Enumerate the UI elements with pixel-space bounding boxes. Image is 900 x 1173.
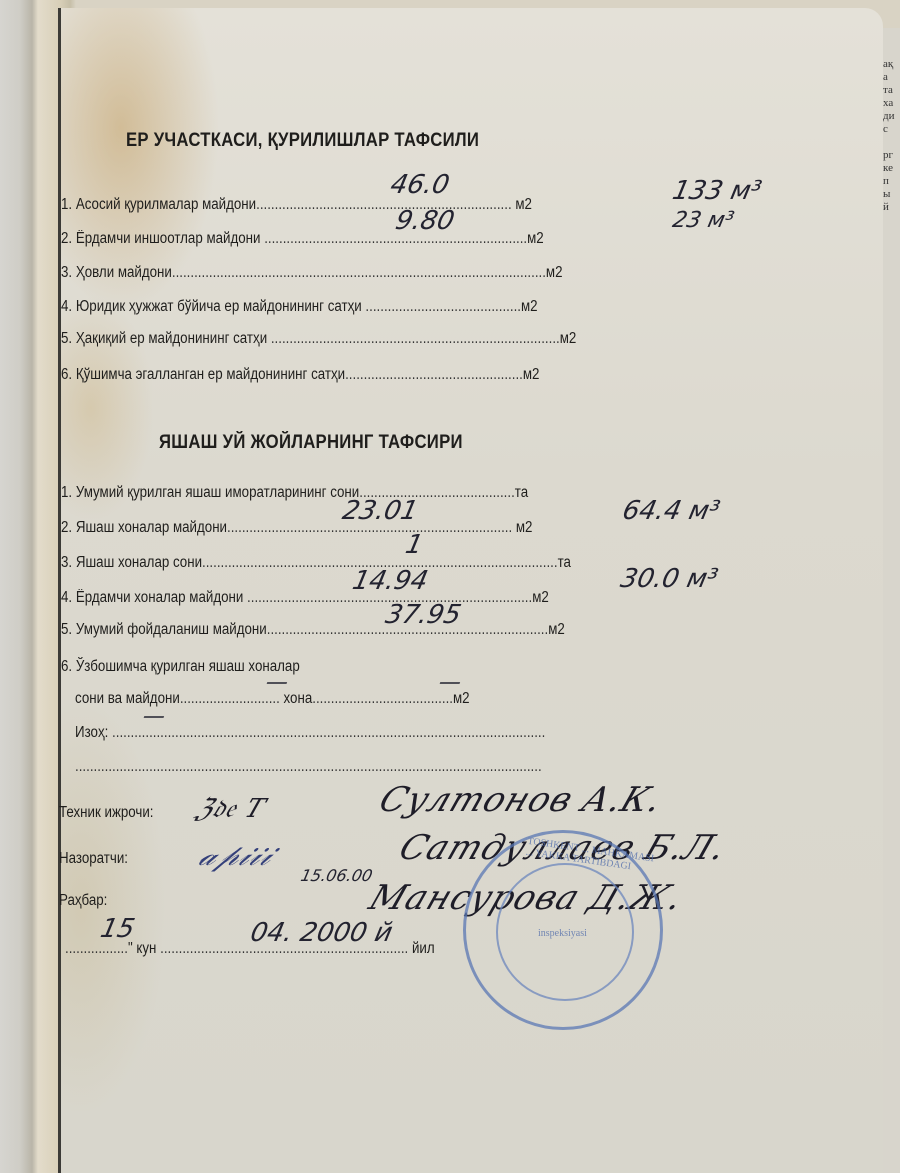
section2-title: ЯШАШ УЙ ЖОЙЛАРНИНГ ТАФСИРИ bbox=[159, 432, 463, 454]
item-number: 3. bbox=[61, 554, 72, 571]
dotted-line: ........................................… bbox=[271, 330, 560, 347]
item-unit: та bbox=[558, 554, 571, 571]
item-number: 1. bbox=[61, 484, 72, 501]
section2-item-1: 1. Умумий қурилган яшаш иморатларининг с… bbox=[61, 484, 528, 502]
item-number: 5. bbox=[61, 621, 72, 638]
item-label: Ҳақиқий ер майдонининг сатҳи bbox=[76, 330, 267, 347]
section2-item-2: 2. Яшаш хоналар майдони.................… bbox=[61, 519, 532, 537]
item-label: Ҳовли майдони bbox=[76, 264, 172, 281]
item-unit: м2 bbox=[546, 264, 563, 281]
section2-item-3: 3. Яшаш хоналар сони....................… bbox=[61, 554, 571, 572]
item-unit: м2 bbox=[527, 230, 544, 247]
item-number: 6. bbox=[61, 658, 72, 675]
inspector-date: 15.06.00 bbox=[299, 866, 374, 885]
item-number: 4. bbox=[61, 589, 72, 606]
section2-item-4: 4. Ёрдамчи хоналар майдони .............… bbox=[61, 589, 549, 607]
item-label: Юридик ҳужжат бўйича ер майдонининг сатҳ… bbox=[76, 298, 362, 315]
rooms-label: хона bbox=[284, 690, 313, 707]
head-label: Раҳбар: bbox=[59, 892, 107, 910]
handwritten-value: 37.95 bbox=[383, 600, 464, 630]
item-unit: м2 bbox=[516, 519, 533, 536]
item-number: 5. bbox=[61, 330, 72, 347]
year-suffix: йил bbox=[412, 940, 435, 957]
handwritten-value: 46.0 bbox=[388, 170, 452, 200]
note-label: Изоҳ: bbox=[75, 724, 108, 741]
item-unit: та bbox=[515, 484, 528, 501]
dotted-line: ........................................… bbox=[112, 724, 545, 741]
handwritten-note: 64.4 м³ bbox=[620, 496, 723, 526]
dotted-line: ........................................… bbox=[256, 196, 512, 213]
section1-item-5: 5. Ҳақиқий ер майдонининг сатҳи ........… bbox=[61, 330, 576, 348]
official-stamp: TOSHKENT ... MAHKAMASI ... YAKKA TARTIBD… bbox=[463, 830, 663, 1030]
handwritten-month-year: 04. 2000 й bbox=[248, 918, 395, 948]
item-label: Асосий қурилмалар майдони bbox=[76, 196, 256, 213]
item-label: Ёрдамчи иншоотлар майдони bbox=[76, 230, 261, 247]
item-unit: м2 bbox=[515, 196, 532, 213]
item-number: 3. bbox=[61, 264, 72, 281]
stamp-inner-text: inspeksiyasi bbox=[538, 928, 587, 939]
inspector-label: Назоратчи: bbox=[59, 850, 128, 868]
section2-item-5: 5. Умумий фойдаланиш майдони............… bbox=[61, 621, 565, 639]
handwritten-note: 30.0 м³ bbox=[618, 564, 721, 594]
dotted-line: ........................................… bbox=[75, 758, 542, 775]
item-label: Умумий қурилган яшаш иморатларининг сони bbox=[76, 484, 359, 501]
technician-name: Султонов А.К. bbox=[374, 780, 669, 820]
handwritten-note: 133 м³ bbox=[670, 176, 764, 206]
dotted-line: ........................................… bbox=[345, 366, 523, 383]
handwritten-note: 23 м³ bbox=[670, 208, 736, 233]
section1-title: ЕР УЧАСТКАСИ, ҚУРИЛИШЛАР ТАФСИЛИ bbox=[126, 130, 479, 152]
item-number: 2. bbox=[61, 519, 72, 536]
section1-item-4: 4. Юридик ҳужжат бўйича ер майдонининг с… bbox=[61, 298, 538, 316]
item-number: 1. bbox=[61, 196, 72, 213]
note-row-2: ........................................… bbox=[75, 758, 542, 776]
technician-label: Техник ижрочи: bbox=[59, 804, 154, 822]
item-label: Қўшимча эгалланган ер майдонининг сатҳи bbox=[76, 366, 345, 383]
item-label: Ёрдамчи хоналар майдони bbox=[76, 589, 243, 606]
item-number: 4. bbox=[61, 298, 72, 315]
handwritten-value: 23.01 bbox=[340, 496, 421, 526]
item-unit: м2 bbox=[532, 589, 549, 606]
handwritten-value: 9.80 bbox=[393, 206, 457, 236]
item-number: 2. bbox=[61, 230, 72, 247]
section1-item-1: 1. Асосий қурилмалар майдони............… bbox=[61, 196, 532, 214]
section2-item-6: 6. Ўзбошимча қурилган яшаш хоналар bbox=[61, 658, 300, 676]
item-unit: м2 bbox=[521, 298, 538, 315]
dotted-line: ........................................… bbox=[365, 298, 521, 315]
item-unit: м2 bbox=[548, 621, 565, 638]
section1-item-3: 3. Ҳовли майдони........................… bbox=[61, 264, 563, 282]
item-unit: м2 bbox=[523, 366, 540, 383]
document-page: ЕР УЧАСТКАСИ, ҚУРИЛИШЛАР ТАФСИЛИ 1. Асос… bbox=[58, 8, 883, 1173]
item-unit: м2 bbox=[560, 330, 577, 347]
dotted-line: ........................................… bbox=[172, 264, 546, 281]
item-label: Яшаш хоналар сони bbox=[76, 554, 202, 571]
item-label: Ўзбошимча қурилган яшаш хоналар bbox=[76, 658, 300, 675]
technician-signature: ℨ𝔡𝔢 Т bbox=[190, 794, 270, 825]
inspector-signature: 𝒶𝓅𝒾𝒾𝒾 bbox=[195, 838, 280, 873]
day-suffix: " кун bbox=[128, 940, 156, 957]
handwritten-value: 14.94 bbox=[350, 566, 431, 596]
item-label: Яшаш хоналар майдони bbox=[76, 519, 227, 536]
item-number: 6. bbox=[61, 366, 72, 383]
section1-item-6: 6. Қўшимча эгалланган ер майдонининг сат… bbox=[61, 366, 539, 384]
handwritten-day: 15 bbox=[98, 914, 137, 944]
section1-item-2: 2. Ёрдамчи иншоотлар майдони ...........… bbox=[61, 230, 544, 248]
dotted-line: ...................................... bbox=[312, 690, 453, 707]
item-label: Умумий фойдаланиш майдони bbox=[76, 621, 267, 638]
